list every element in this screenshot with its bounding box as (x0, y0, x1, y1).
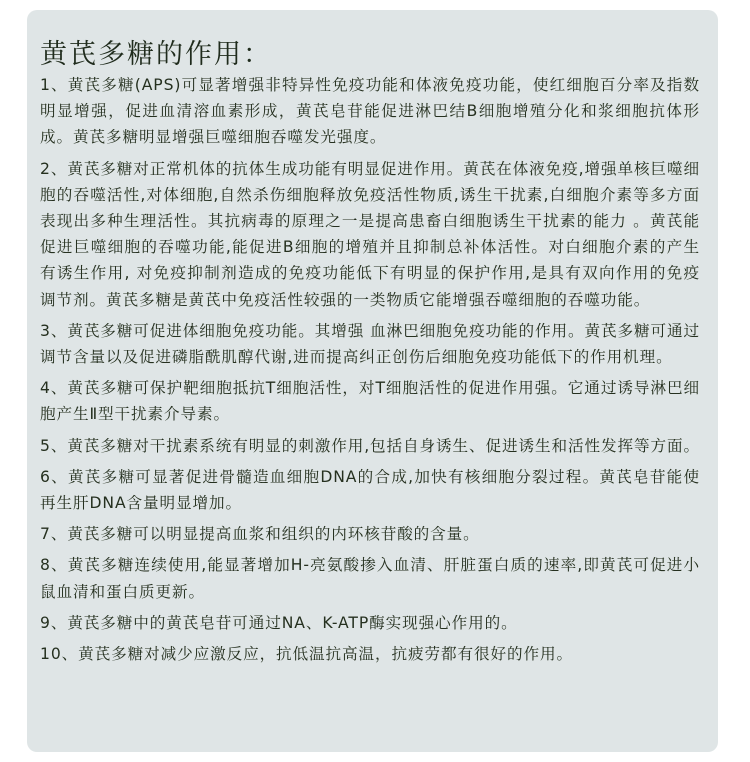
effect-paragraph-1: 1、黄芪多糖(APS)可显著增强非特异性免疫功能和体液免疫功能，使红细胞百分率及… (40, 72, 700, 151)
effect-paragraph-10: 10、黄芪多糖对减少应激反应，抗低温抗高温，抗疲劳都有很好的作用。 (40, 641, 700, 667)
effect-paragraph-3: 3、黄芪多糖可促进体细胞免疫功能。其增强 血淋巴细胞免疫功能的作用。黄芪多糖可通… (40, 318, 700, 370)
effect-paragraph-4: 4、黄芪多糖可保护靶细胞抵抗T细胞活性，对T细胞活性的促进作用强。它通过诱导淋巴… (40, 375, 700, 427)
content-card: 黄芪多糖的作用： 1、黄芪多糖(APS)可显著增强非特异性免疫功能和体液免疫功能… (27, 10, 718, 752)
page-title: 黄芪多糖的作用： (40, 38, 272, 72)
effect-paragraph-5: 5、黄芪多糖对干扰素系统有明显的刺激作用,包括自身诱生、促进诱生和活性发挥等方面… (40, 433, 700, 459)
effect-paragraph-6: 6、黄芪多糖可显著促进骨髓造血细胞DNA的合成,加快有核细胞分裂过程。黄芪皂苷能… (40, 464, 700, 516)
effects-list: 1、黄芪多糖(APS)可显著增强非特异性免疫功能和体液免疫功能，使红细胞百分率及… (40, 72, 700, 672)
effect-paragraph-7: 7、黄芪多糖可以明显提高血浆和组织的内环核苷酸的含量。 (40, 521, 700, 547)
effect-paragraph-9: 9、黄芪多糖中的黄芪皂苷可通过NA、K-ATP酶实现强心作用的。 (40, 610, 700, 636)
effect-paragraph-2: 2、黄芪多糖对正常机体的抗体生成功能有明显促进作用。黄芪在体液免疫,增强单核巨噬… (40, 156, 700, 313)
effect-paragraph-8: 8、黄芪多糖连续使用,能显著增加H-亮氨酸掺入血清、肝脏蛋白质的速率,即黄芪可促… (40, 552, 700, 604)
